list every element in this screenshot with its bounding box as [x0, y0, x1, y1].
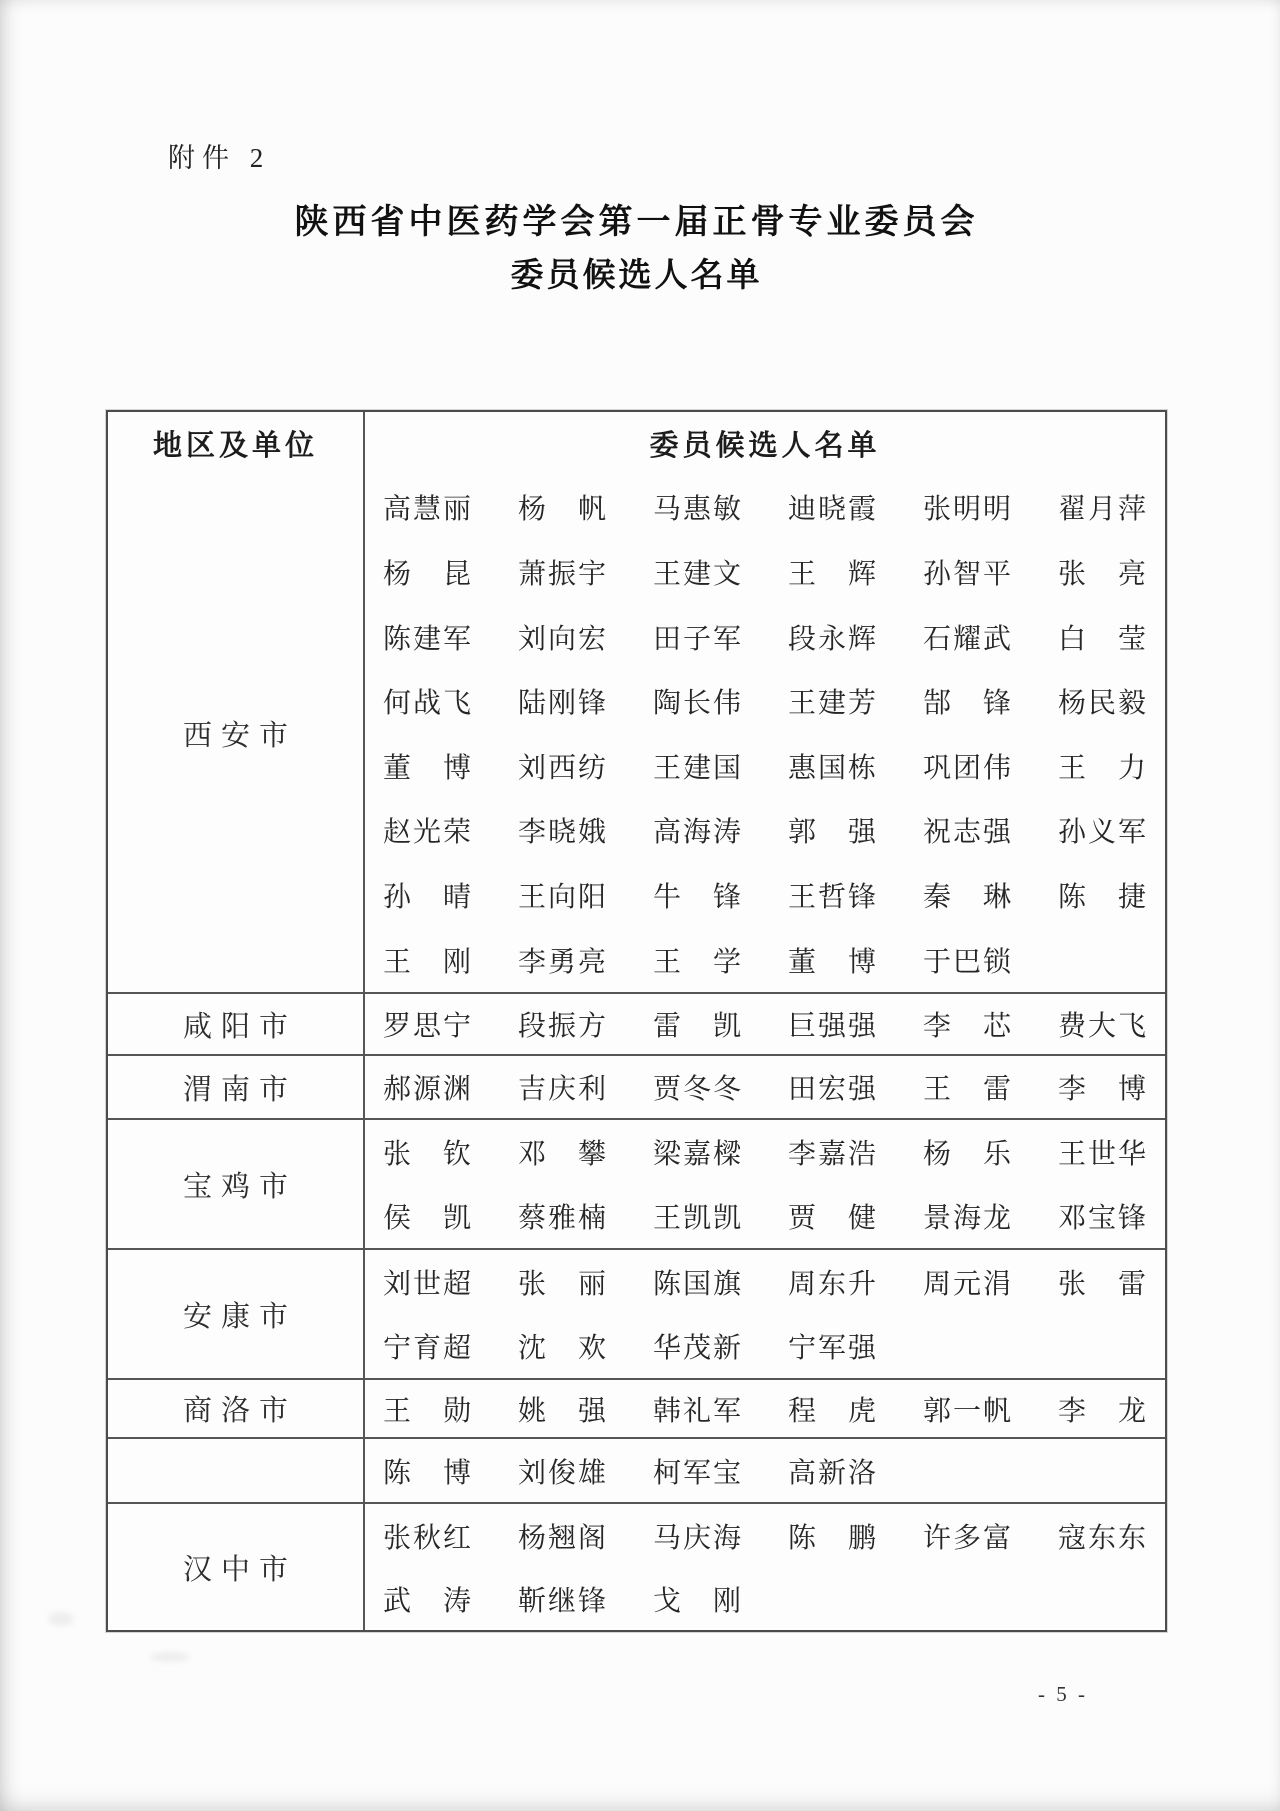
candidate-line: 侯 凯蔡雅楠王凯凯贾 健景海龙邓宝锋 — [365, 1184, 1165, 1248]
region-label: 咸阳市 — [174, 1004, 297, 1045]
candidate-name: 张 钦 — [383, 1132, 476, 1172]
candidate-line: 赵光荣李晓娥高海涛郭 强祝志强孙义军 — [365, 798, 1165, 863]
candidate-name: 雷 凯 — [653, 1004, 746, 1044]
candidate-name: 景海龙 — [923, 1196, 1016, 1236]
candidate-name: 邓 攀 — [518, 1132, 611, 1172]
candidates-cell: 刘世超张 丽陈国旗周东升周元涓张 雷宁育超沈 欢华茂新宁军强 — [365, 1250, 1165, 1378]
candidate-name: 贾 健 — [788, 1196, 881, 1236]
table-row: 宝鸡市张 钦邓 攀梁嘉樑李嘉浩杨 乐王世华侯 凯蔡雅楠王凯凯贾 健景海龙邓宝锋 — [108, 1118, 1165, 1248]
candidate-name: 王 雷 — [923, 1067, 1016, 1107]
candidate-line: 刘世超张 丽陈国旗周东升周元涓张 雷 — [365, 1250, 1165, 1314]
candidate-line: 董 博刘西纺王建国惠国栋巩团伟王 力 — [365, 734, 1165, 799]
candidate-name: 柯军宝 — [653, 1451, 746, 1491]
document-title-line1: 陕西省中医药学会第一届正骨专业委员会 — [106, 194, 1167, 243]
candidate-name: 陶长伟 — [653, 681, 746, 721]
region-label: 渭南市 — [174, 1067, 297, 1108]
document-title-line2: 委员候选人名单 — [106, 249, 1167, 296]
candidate-name: 孙智平 — [923, 552, 1016, 592]
candidate-line: 陈建军刘向宏田子军段永辉石耀武白 莹 — [365, 604, 1165, 669]
table-row: 渭南市郝源渊吉庆利贾冬冬田宏强王 雷李 博 — [108, 1054, 1165, 1118]
candidate-line: 张 钦邓 攀梁嘉樑李嘉浩杨 乐王世华 — [365, 1120, 1165, 1184]
candidates-cell: 张 钦邓 攀梁嘉樑李嘉浩杨 乐王世华侯 凯蔡雅楠王凯凯贾 健景海龙邓宝锋 — [365, 1120, 1165, 1248]
page-number: - 5 - — [1038, 1682, 1088, 1707]
candidate-name: 吉庆利 — [518, 1067, 611, 1107]
candidate-name: 李勇亮 — [518, 940, 611, 980]
candidate-line: 杨 昆萧振宇王建文王 辉孙智平张 亮 — [365, 540, 1165, 605]
header-region-label: 地区及单位 — [153, 423, 318, 464]
candidate-name: 何战飞 — [383, 681, 476, 721]
table-body: 西安市高慧丽杨 帆马惠敏迪晓霞张明明翟月萍杨 昆萧振宇王建文王 辉孙智平张 亮陈… — [108, 475, 1165, 1630]
candidate-name: 程 虎 — [788, 1389, 881, 1429]
table-row: 汉中市张秋红杨翘阁马庆海陈 鹏许多富寇东东武 涛靳继锋戈 刚 — [108, 1502, 1165, 1630]
candidate-name: 华茂新 — [653, 1326, 746, 1366]
candidate-line: 高慧丽杨 帆马惠敏迪晓霞张明明翟月萍 — [365, 475, 1165, 540]
region-label: 汉中市 — [174, 1547, 297, 1588]
candidate-name: 张 雷 — [1058, 1262, 1151, 1302]
candidate-name: 罗思宁 — [383, 1004, 476, 1044]
candidate-name: 贾冬冬 — [653, 1067, 746, 1107]
candidate-name: 惠国栋 — [788, 746, 881, 786]
candidate-name: 高新洛 — [788, 1451, 881, 1491]
table-header-row: 地区及单位 委员候选人名单 — [108, 412, 1165, 475]
candidate-name: 戈 刚 — [653, 1579, 746, 1619]
candidate-name: 周东升 — [788, 1262, 881, 1302]
candidate-name: 李 龙 — [1058, 1389, 1151, 1429]
candidate-name: 马惠敏 — [653, 487, 746, 527]
table-row: 西安市高慧丽杨 帆马惠敏迪晓霞张明明翟月萍杨 昆萧振宇王建文王 辉孙智平张 亮陈… — [108, 475, 1165, 992]
candidate-name: 牛 锋 — [653, 875, 746, 915]
candidate-name: 王 学 — [653, 940, 746, 980]
candidate-name: 马庆海 — [653, 1516, 746, 1556]
candidate-name: 王 力 — [1058, 746, 1151, 786]
candidate-line: 王 刚李勇亮王 学董 博于巴锁 — [365, 927, 1165, 992]
candidate-name: 陆刚锋 — [518, 681, 611, 721]
candidate-name: 李 芯 — [923, 1004, 1016, 1044]
candidate-name: 高海涛 — [653, 810, 746, 850]
candidate-name: 秦 琳 — [923, 875, 1016, 915]
table-row: 安康市刘世超张 丽陈国旗周东升周元涓张 雷宁育超沈 欢华茂新宁军强 — [108, 1248, 1165, 1378]
candidates-cell: 张秋红杨翘阁马庆海陈 鹏许多富寇东东武 涛靳继锋戈 刚 — [365, 1504, 1165, 1630]
candidates-table: 地区及单位 委员候选人名单 西安市高慧丽杨 帆马惠敏迪晓霞张明明翟月萍杨 昆萧振… — [106, 410, 1167, 1632]
candidate-name: 段振方 — [518, 1004, 611, 1044]
candidate-name: 王建芳 — [788, 681, 881, 721]
candidate-line: 张秋红杨翘阁马庆海陈 鹏许多富寇东东 — [365, 1504, 1165, 1567]
candidates-cell: 郝源渊吉庆利贾冬冬田宏强王 雷李 博 — [365, 1056, 1165, 1118]
candidate-name: 沈 欢 — [518, 1326, 611, 1366]
candidate-name: 杨 昆 — [383, 552, 476, 592]
region-cell: 渭南市 — [108, 1056, 365, 1118]
candidate-name: 王世华 — [1058, 1132, 1151, 1172]
candidate-name: 董 博 — [383, 746, 476, 786]
candidate-name: 李嘉浩 — [788, 1132, 881, 1172]
candidate-name: 李 博 — [1058, 1067, 1151, 1107]
candidate-name: 陈国旗 — [653, 1262, 746, 1302]
candidate-name: 王 勋 — [383, 1389, 476, 1429]
candidate-name: 郭 强 — [788, 810, 881, 850]
table-row: 陈 博刘俊雄柯军宝高新洛 — [108, 1437, 1165, 1502]
candidate-name: 段永辉 — [788, 617, 881, 657]
region-label: 商洛市 — [174, 1388, 297, 1429]
candidate-name: 陈 鹏 — [788, 1516, 881, 1556]
candidates-cell: 王 勋姚 强韩礼军程 虎郭一帆李 龙 — [365, 1380, 1165, 1437]
region-cell: 汉中市 — [108, 1504, 365, 1630]
candidate-line: 郝源渊吉庆利贾冬冬田宏强王 雷李 博 — [365, 1056, 1165, 1118]
candidate-line: 何战飞陆刚锋陶长伟王建芳郜 锋杨民毅 — [365, 669, 1165, 734]
candidate-name: 巨强强 — [788, 1004, 881, 1044]
candidate-name: 陈 捷 — [1058, 875, 1151, 915]
scan-smudge — [48, 1612, 74, 1626]
candidate-name: 刘俊雄 — [518, 1451, 611, 1491]
candidates-cell: 罗思宁段振方雷 凯巨强强李 芯费大飞 — [365, 994, 1165, 1054]
candidate-name: 陈建军 — [383, 617, 476, 657]
candidates-cell: 陈 博刘俊雄柯军宝高新洛 — [365, 1439, 1165, 1502]
header-candidates-label: 委员候选人名单 — [649, 423, 880, 464]
candidate-name: 张秋红 — [383, 1516, 476, 1556]
candidate-name: 刘世超 — [383, 1262, 476, 1302]
candidate-line: 王 勋姚 强韩礼军程 虎郭一帆李 龙 — [365, 1380, 1165, 1437]
candidate-name: 石耀武 — [923, 617, 1016, 657]
region-cell: 宝鸡市 — [108, 1120, 365, 1248]
candidate-name: 侯 凯 — [383, 1196, 476, 1236]
candidate-name: 寇东东 — [1058, 1516, 1151, 1556]
candidate-name: 张 丽 — [518, 1262, 611, 1302]
candidate-name: 刘西纺 — [518, 746, 611, 786]
candidate-line: 罗思宁段振方雷 凯巨强强李 芯费大飞 — [365, 994, 1165, 1054]
candidate-name: 宁育超 — [383, 1326, 476, 1366]
candidate-name: 于巴锁 — [923, 940, 1016, 980]
candidate-name: 白 莹 — [1058, 617, 1151, 657]
region-cell: 西安市 — [108, 475, 365, 992]
candidate-name: 祝志强 — [923, 810, 1016, 850]
candidate-name: 郝源渊 — [383, 1067, 476, 1107]
candidate-name: 杨 乐 — [923, 1132, 1016, 1172]
candidate-name: 孙 晴 — [383, 875, 476, 915]
candidate-line: 武 涛靳继锋戈 刚 — [365, 1567, 1165, 1630]
candidate-name: 梁嘉樑 — [653, 1132, 746, 1172]
candidate-name: 姚 强 — [518, 1389, 611, 1429]
candidate-name: 陈 博 — [383, 1451, 476, 1491]
candidate-name: 张 亮 — [1058, 552, 1151, 592]
candidate-name: 张明明 — [923, 487, 1016, 527]
candidate-name: 王建文 — [653, 552, 746, 592]
candidate-name: 王建国 — [653, 746, 746, 786]
candidate-name: 邓宝锋 — [1058, 1196, 1151, 1236]
region-cell: 咸阳市 — [108, 994, 365, 1054]
candidate-name: 蔡雅楠 — [518, 1196, 611, 1236]
candidate-name: 王哲锋 — [788, 875, 881, 915]
region-label: 西安市 — [174, 713, 297, 754]
scan-smudge — [150, 1652, 190, 1662]
candidate-name: 孙义军 — [1058, 810, 1151, 850]
region-cell: 商洛市 — [108, 1380, 365, 1437]
candidate-name: 萧振宇 — [518, 552, 611, 592]
candidate-name: 王 辉 — [788, 552, 881, 592]
candidate-name: 杨翘阁 — [518, 1516, 611, 1556]
candidate-name: 杨民毅 — [1058, 681, 1151, 721]
attachment-label: 附件 2 — [168, 136, 270, 175]
candidate-name: 田宏强 — [788, 1067, 881, 1107]
candidate-name: 赵光荣 — [383, 810, 476, 850]
table-row: 咸阳市罗思宁段振方雷 凯巨强强李 芯费大飞 — [108, 992, 1165, 1054]
candidate-name: 刘向宏 — [518, 617, 611, 657]
header-cell-candidates: 委员候选人名单 — [365, 412, 1165, 475]
region-cell — [108, 1439, 365, 1502]
candidate-name: 王向阳 — [518, 875, 611, 915]
candidate-name: 宁军强 — [788, 1326, 881, 1366]
candidate-name: 田子军 — [653, 617, 746, 657]
candidate-line: 孙 晴王向阳牛 锋王哲锋秦 琳陈 捷 — [365, 863, 1165, 928]
table-row: 商洛市王 勋姚 强韩礼军程 虎郭一帆李 龙 — [108, 1378, 1165, 1437]
candidate-name: 周元涓 — [923, 1262, 1016, 1302]
candidate-name: 武 涛 — [383, 1579, 476, 1619]
candidate-name: 郜 锋 — [923, 681, 1016, 721]
region-label: 宝鸡市 — [174, 1164, 297, 1205]
candidate-name: 许多富 — [923, 1516, 1016, 1556]
candidate-name: 李晓娥 — [518, 810, 611, 850]
candidate-name: 翟月萍 — [1058, 487, 1151, 527]
candidate-name: 高慧丽 — [383, 487, 476, 527]
region-label: 安康市 — [174, 1294, 297, 1335]
candidate-name: 杨 帆 — [518, 487, 611, 527]
candidate-name: 董 博 — [788, 940, 881, 980]
candidate-name: 韩礼军 — [653, 1389, 746, 1429]
candidate-name: 王凯凯 — [653, 1196, 746, 1236]
candidate-name: 费大飞 — [1058, 1004, 1151, 1044]
header-cell-region: 地区及单位 — [108, 412, 365, 475]
candidates-cell: 高慧丽杨 帆马惠敏迪晓霞张明明翟月萍杨 昆萧振宇王建文王 辉孙智平张 亮陈建军刘… — [365, 475, 1165, 992]
candidate-name: 王 刚 — [383, 940, 476, 980]
candidate-name: 郭一帆 — [923, 1389, 1016, 1429]
candidate-name: 迪晓霞 — [788, 487, 881, 527]
candidate-line: 陈 博刘俊雄柯军宝高新洛 — [365, 1439, 1165, 1502]
candidate-line: 宁育超沈 欢华茂新宁军强 — [365, 1314, 1165, 1378]
candidate-name: 巩团伟 — [923, 746, 1016, 786]
candidate-name: 靳继锋 — [518, 1579, 611, 1619]
region-cell: 安康市 — [108, 1250, 365, 1378]
